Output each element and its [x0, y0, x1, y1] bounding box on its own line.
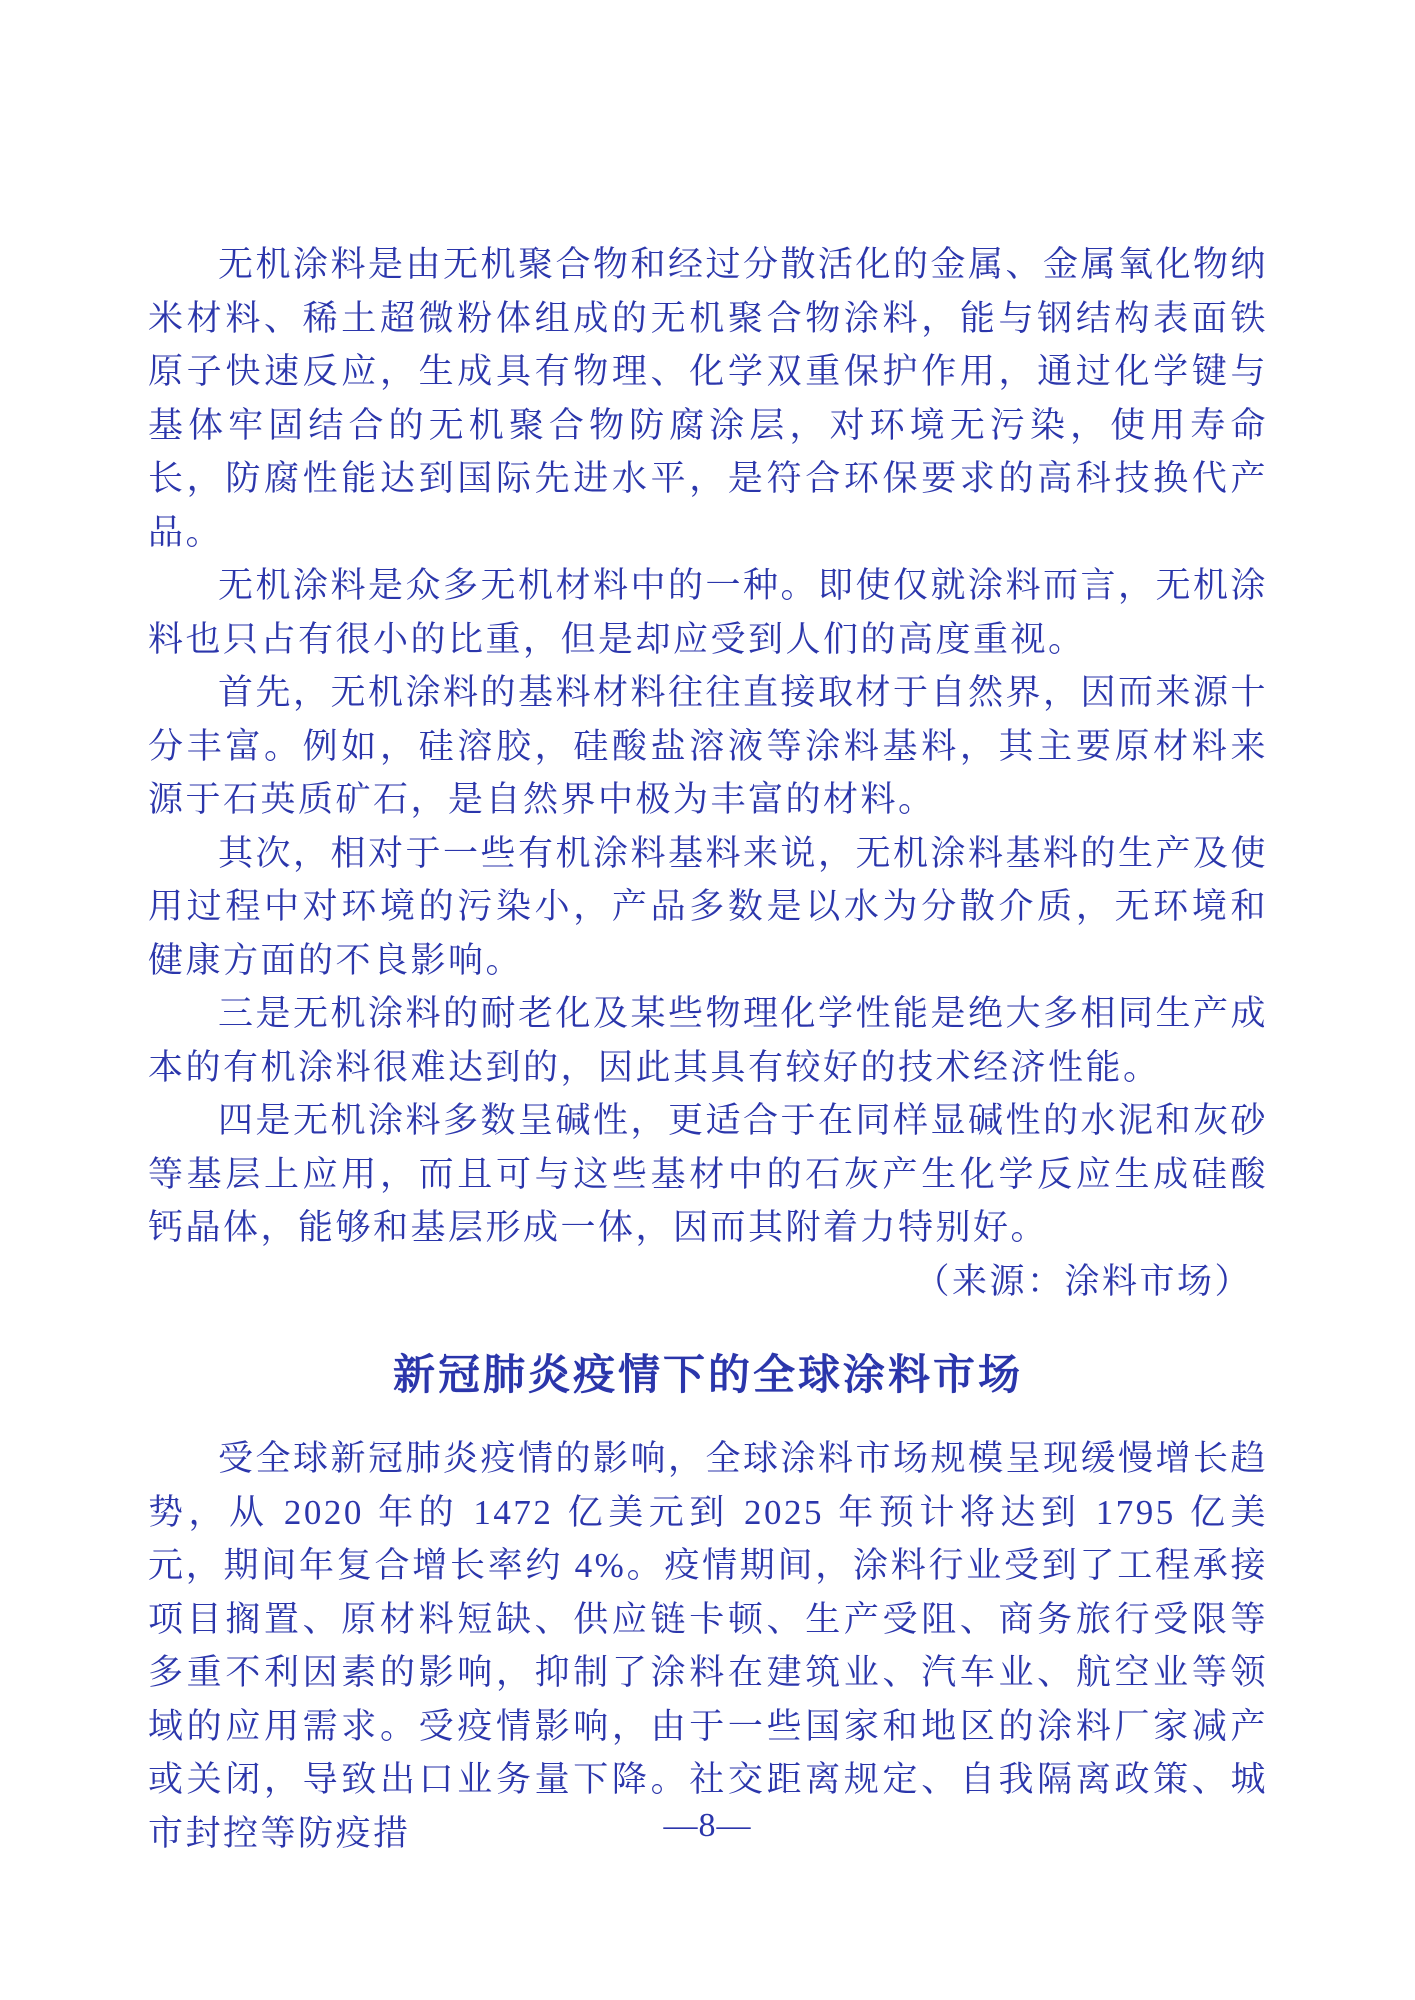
paragraph-5: 三是无机涂料的耐老化及某些物理化学性能是绝大多相同生产成本的有机涂料很难达到的，…	[148, 987, 1268, 1094]
paragraph-2: 无机涂料是众多无机材料中的一种。即使仅就涂料而言，无机涂料也只占有很小的比重，但…	[148, 559, 1268, 666]
article-global-coatings-market: 新冠肺炎疫情下的全球涂料市场 受全球新冠肺炎疫情的影响，全球涂料市场规模呈现缓慢…	[148, 1346, 1268, 1860]
article-title: 新冠肺炎疫情下的全球涂料市场	[148, 1346, 1268, 1406]
source-attribution: （来源：涂料市场）	[148, 1255, 1268, 1309]
paragraph-6: 四是无机涂料多数呈碱性，更适合于在同样显碱性的水泥和灰砂等基层上应用，而且可与这…	[148, 1094, 1268, 1255]
paragraph-3: 首先，无机涂料的基料材料往往直接取材于自然界，因而来源十分丰富。例如，硅溶胶，硅…	[148, 666, 1268, 827]
article-inorganic-coatings: 无机涂料是由无机聚合物和经过分散活化的金属、金属氧化物纳米材料、稀土超微粉体组成…	[148, 238, 1268, 1308]
paragraph-4: 其次，相对于一些有机涂料基料来说，无机涂料基料的生产及使用过程中对环境的污染小，…	[148, 827, 1268, 988]
paragraph-7: 受全球新冠肺炎疫情的影响，全球涂料市场规模呈现缓慢增长趋势，从 2020 年的 …	[148, 1432, 1268, 1860]
paragraph-1: 无机涂料是由无机聚合物和经过分散活化的金属、金属氧化物纳米材料、稀土超微粉体组成…	[148, 238, 1268, 559]
page-number: —8—	[0, 1806, 1415, 1846]
text-content: 无机涂料是由无机聚合物和经过分散活化的金属、金属氧化物纳米材料、稀土超微粉体组成…	[148, 238, 1268, 1860]
document-page: 无机涂料是由无机聚合物和经过分散活化的金属、金属氧化物纳米材料、稀土超微粉体组成…	[0, 0, 1415, 2000]
